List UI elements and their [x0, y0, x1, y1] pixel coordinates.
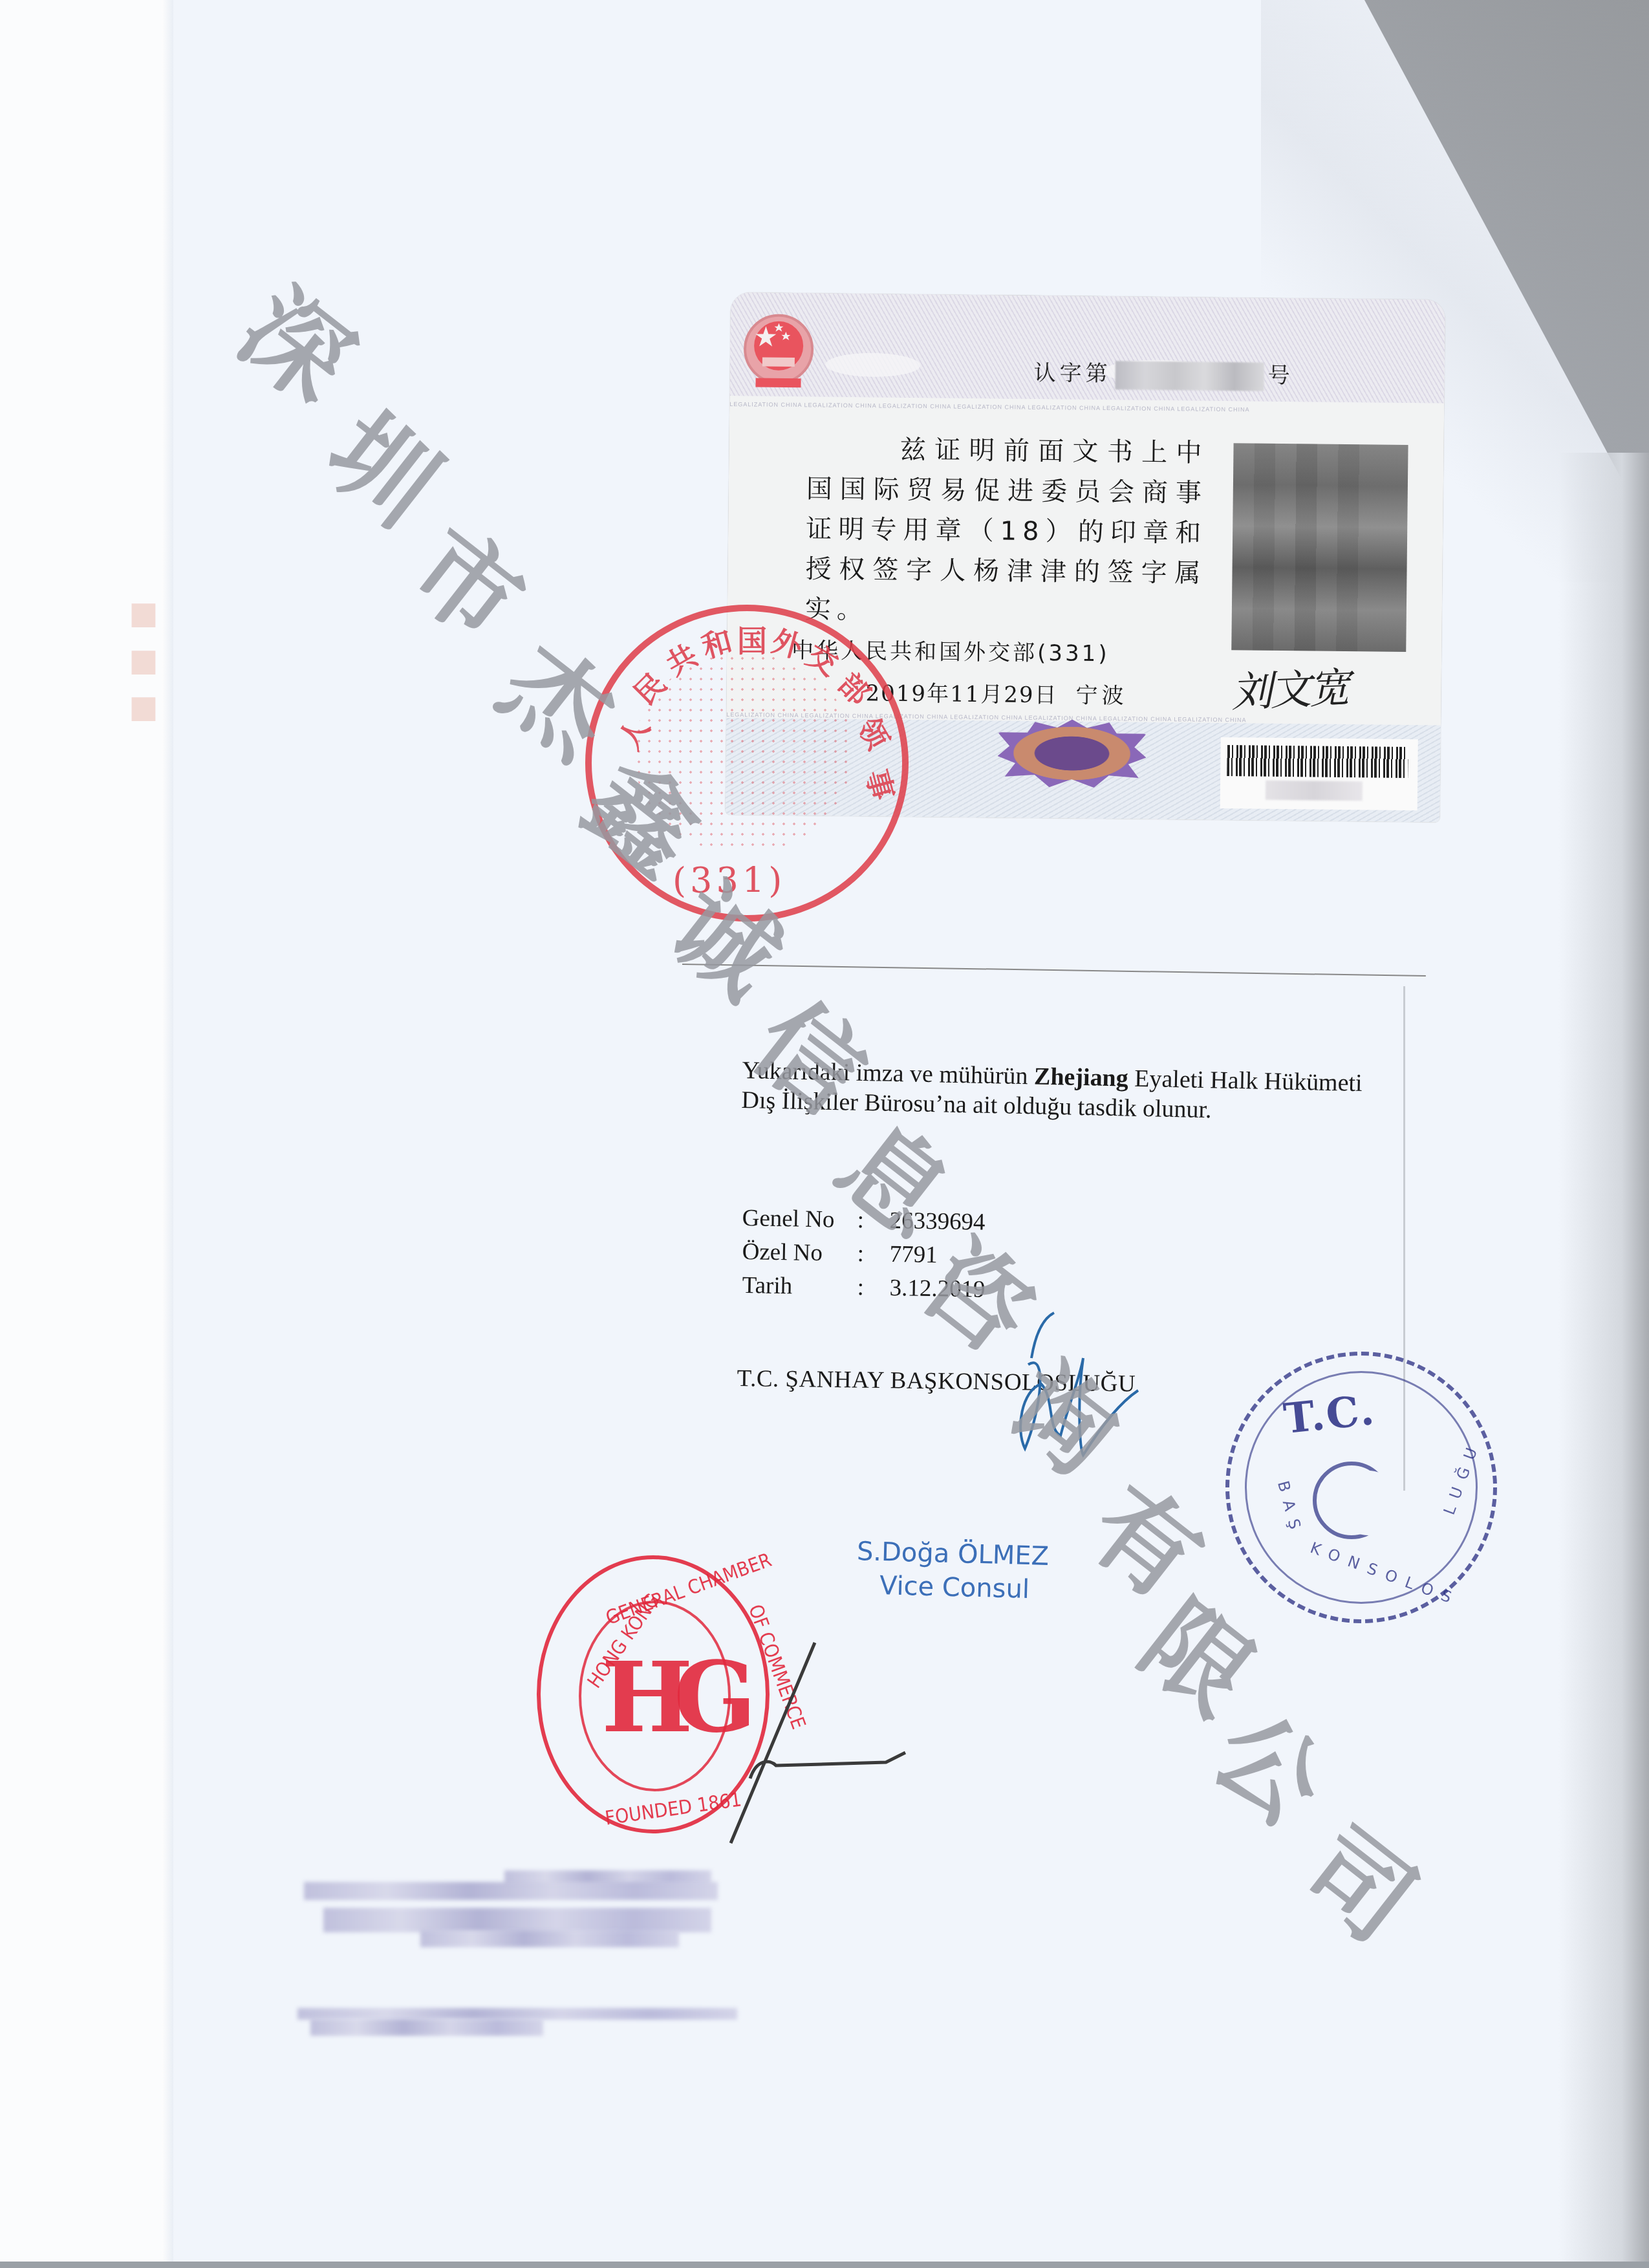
watermark-char: 有 — [1064, 1445, 1238, 1626]
consul-title: Vice Consul — [879, 1571, 1029, 1604]
document-page: ■ ■ ■ LEGALIZATION CHINA LEGALIZATION CH… — [0, 0, 1649, 2268]
watermark-char: 公 — [1187, 1672, 1361, 1853]
watermark-char: 深 — [214, 249, 387, 430]
redacted-line — [420, 1930, 679, 1947]
barcode-icon — [1227, 745, 1408, 778]
qr-code-redacted — [1231, 443, 1408, 652]
redacted-name — [310, 2019, 543, 2036]
crescent-star-icon — [1313, 1462, 1390, 1539]
watermark-char: 圳 — [301, 372, 475, 553]
redacted-line — [323, 1908, 711, 1932]
mfa-seal-emblem — [634, 653, 854, 854]
official-signature: 刘文宽 — [1230, 654, 1349, 718]
under-page — [0, 0, 171, 2268]
mfa-seal-char: 国 — [737, 618, 767, 660]
micro-text: LEGALIZATION CHINA LEGALIZATION CHINA LE… — [729, 401, 1444, 415]
legalization-serial: 认字第号 — [1033, 355, 1294, 391]
hkgcc-signature — [679, 1630, 983, 1850]
watermark-char: 市 — [385, 488, 559, 669]
national-emblem-icon — [742, 307, 815, 404]
serial-redacted — [1115, 361, 1264, 391]
watermark-char: 限 — [1116, 1562, 1289, 1743]
tc-seal-title: T.C. — [1281, 1386, 1377, 1443]
bottom-edge — [0, 2262, 1649, 2268]
redacted-line — [304, 1882, 718, 1900]
consulate-statement: Yukarıdaki imza ve mühürün Zhejiang Eyal… — [741, 1055, 1383, 1129]
barcode-label — [1220, 737, 1418, 810]
legalization-statement: 兹证明前面文书上中国国际贸易促进委员会商事证明专用章（18）的印章和授权签字人杨… — [805, 429, 1208, 633]
under-page-edge — [162, 0, 173, 2268]
consul-signature — [970, 1300, 1164, 1468]
right-edge-shadow — [1558, 453, 1649, 2268]
watermark-char: 司 — [1278, 1788, 1451, 1969]
redacted-signature-line — [297, 2008, 737, 2020]
field-ozel-no: Özel No:7791 — [742, 1238, 938, 1269]
field-genel-no: Genel No:26339694 — [742, 1204, 986, 1237]
faded-stamp-bleed: ■ ■ ■ — [129, 595, 162, 892]
legalization-city: 宁波 — [1075, 678, 1128, 710]
sticker-border-line — [682, 964, 1426, 977]
mfa-seal-number: (331) — [673, 860, 786, 901]
barcode-number-redacted — [1266, 781, 1363, 801]
field-tarih: Tarih:3.12.2019 — [742, 1271, 986, 1304]
consul-name: S.Doğa ÖLMEZ — [856, 1537, 1049, 1571]
